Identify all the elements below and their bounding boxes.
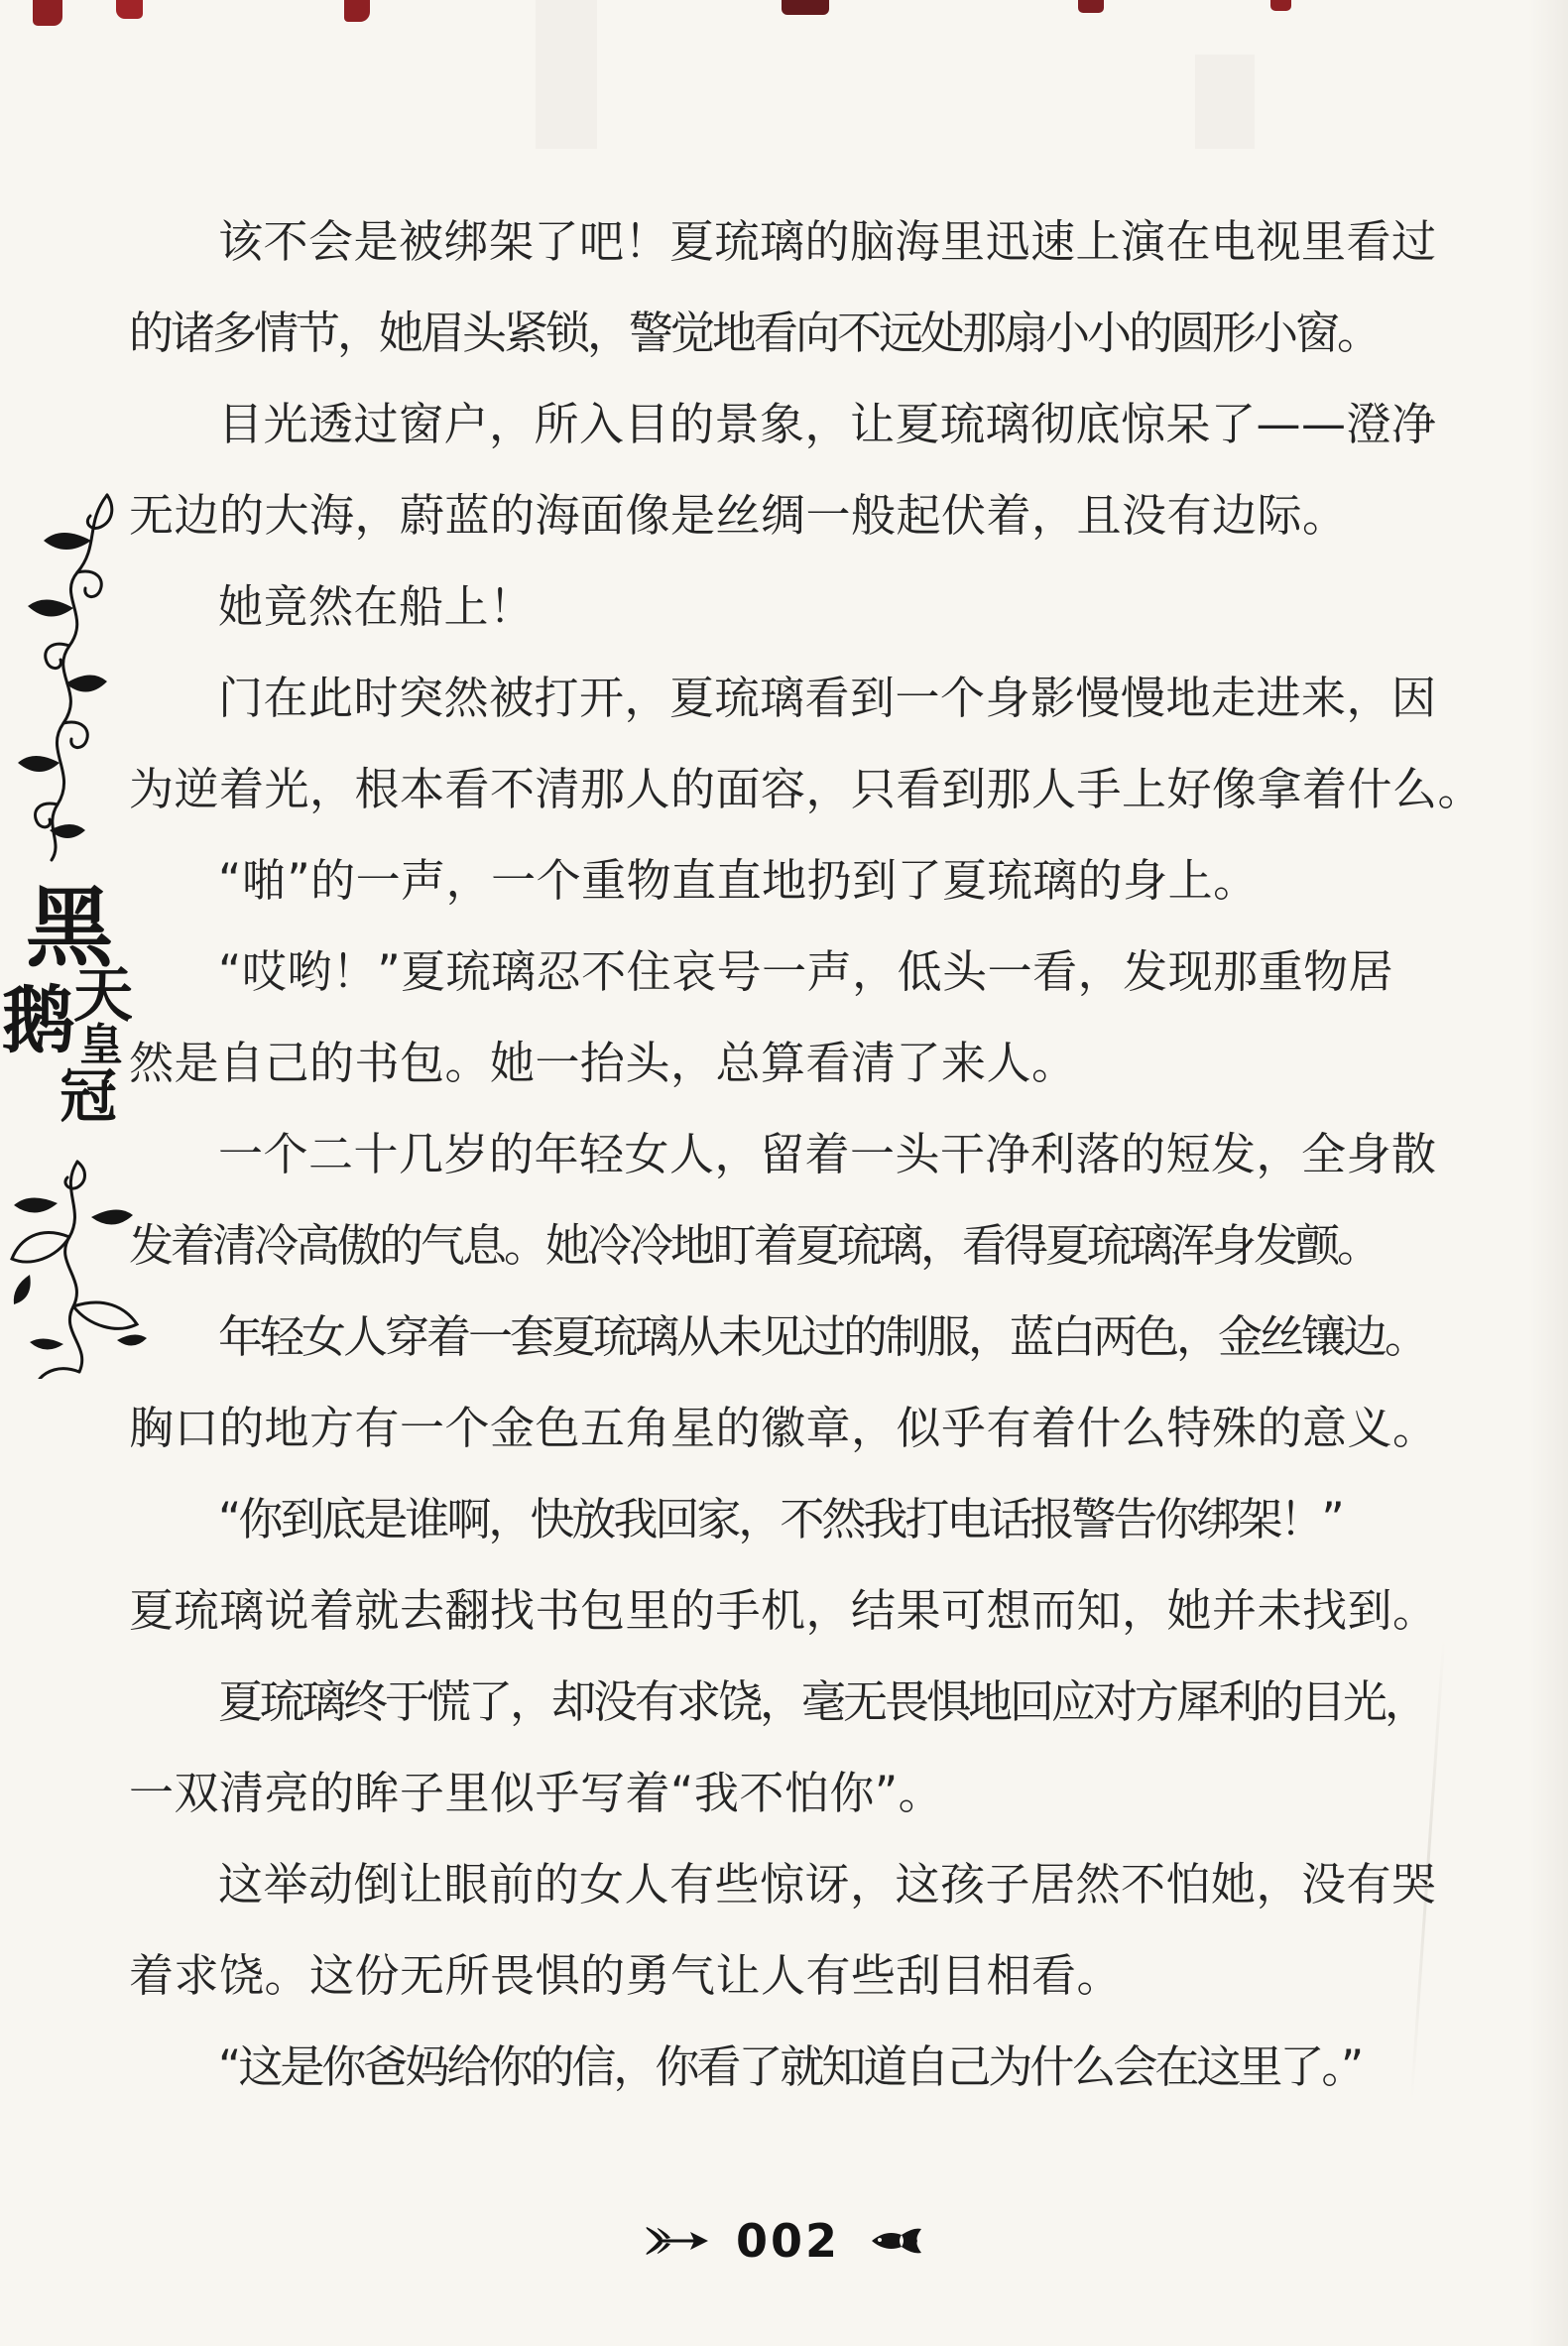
text-line: 无边的大海，蔚蓝的海面像是丝绸一般起伏着，且没有边际。 [129, 470, 1458, 561]
text-line: “哎哟！”夏琉璃忍不住哀号一声，低头一看，发现那重物居 [129, 926, 1458, 1018]
page-edge-shading [1528, 0, 1568, 2346]
text-line: 胸口的地方有一个金色五角星的徽章，似乎有着什么特殊的意义。 [129, 1383, 1458, 1474]
text-line: 发着清冷高傲的气息。她冷冷地盯着夏琉璃，看得夏琉璃浑身发颤。 [129, 1200, 1458, 1292]
text-line: 然是自己的书包。她一抬头，总算看清了来人。 [129, 1018, 1458, 1109]
text-line: 门在此时突然被打开，夏琉璃看到一个身影慢慢地走进来，因 [129, 653, 1458, 744]
book-page-scan: { "sidebar": { "series_logo_text": "黑天鹅皇… [0, 0, 1568, 2346]
text-line: “啪”的一声，一个重物直直地扔到了夏琉璃的身上。 [129, 835, 1458, 926]
red-ink-mark [344, 0, 370, 22]
logo-char: 天 [73, 966, 133, 1026]
page-number: 002 [736, 2214, 840, 2268]
red-ink-mark [782, 0, 829, 15]
red-ink-mark [1270, 0, 1291, 11]
scan-shading [536, 0, 597, 149]
text-line: 目光透过窗户，所入目的景象，让夏琉璃彻底惊呆了——澄净 [129, 379, 1458, 470]
text-line: “这是你爸妈给你的信，你看了就知道自己为什么会在这里了。” [129, 2022, 1458, 2113]
text-line: 夏琉璃说着就去翻找书包里的手机，结果可想而知，她并未找到。 [129, 1565, 1458, 1657]
text-line: 为逆着光，根本看不清那人的面容，只看到那人手上好像拿着什么。 [129, 744, 1458, 835]
logo-char: 黑 [26, 885, 113, 972]
text-line: 着求饶。这份无所畏惧的勇气让人有些刮目相看。 [129, 1930, 1458, 2022]
red-ink-mark [116, 0, 143, 19]
text-line: 一双清亮的眸子里似乎写着“我不怕你”。 [129, 1748, 1458, 1839]
text-line: 一个二十几岁的年轻女人，留着一头干净利落的短发，全身散 [129, 1109, 1458, 1200]
text-line: 夏琉璃终于慌了，却没有求饶，毫无畏惧地回应对方犀利的目光， [129, 1657, 1458, 1748]
floral-vine-icon [0, 488, 119, 867]
text-line: 该不会是被绑架了吧！夏琉璃的脑海里迅速上演在电视里看过 [129, 196, 1458, 288]
page-text: 该不会是被绑架了吧！夏琉璃的脑海里迅速上演在电视里看过 的诸多情节，她眉头紧锁，… [129, 196, 1458, 2113]
page-footer: 002 [0, 2214, 1568, 2268]
text-line: 她竟然在船上！ [129, 561, 1458, 653]
logo-char: 鹅 [2, 984, 75, 1057]
logo-char: 皇 [79, 1024, 123, 1067]
text-line: 年轻女人穿着一套夏琉璃从未见过的制服，蓝白两色，金丝镶边。 [129, 1292, 1458, 1383]
text-line: 的诸多情节，她眉头紧锁，警觉地看向不远处那扇小小的圆形小窗。 [129, 288, 1458, 379]
scan-shading [1195, 55, 1255, 149]
fish-flourish-left-icon [868, 2225, 923, 2257]
logo-char: 冠 [60, 1067, 117, 1125]
red-ink-mark [33, 0, 62, 26]
text-line: 这举动倒让眼前的女人有些惊讶，这孩子居然不怕她，没有哭 [129, 1839, 1458, 1930]
red-ink-mark [1078, 0, 1104, 13]
text-line: “你到底是谁啊，快放我回家，不然我打电话报警告你绑架！” [129, 1474, 1458, 1565]
feather-arrow-right-icon [645, 2223, 708, 2259]
